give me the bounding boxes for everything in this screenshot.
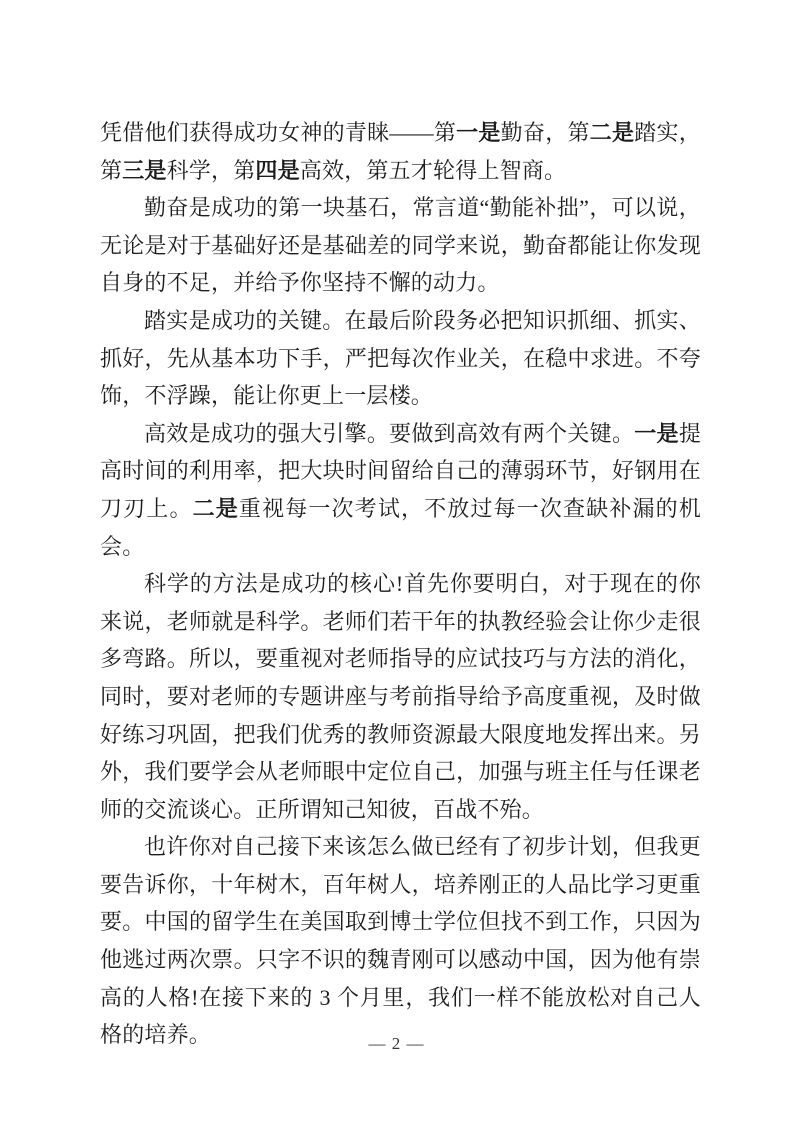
text-run-bold: 二是 bbox=[193, 496, 239, 521]
text-run: 科学，第 bbox=[167, 158, 256, 183]
text-run: 高效，第五才轮得上智商。 bbox=[300, 158, 566, 183]
text-run: 也许你对自己接下来该怎么做已经有了初步计划，但我更要告诉你，十年树木，百年树人，… bbox=[100, 834, 701, 1047]
text-run-bold: 二是 bbox=[590, 120, 635, 145]
text-run: 高效是成功的强大引擎。要做到高效有两个关键。 bbox=[144, 421, 634, 446]
text-run-bold: 四是 bbox=[255, 158, 299, 183]
paragraph: 高效是成功的强大引擎。要做到高效有两个关键。一是提高时间的利用率，把大块时间留给… bbox=[100, 415, 701, 565]
text-run: 踏实是成功的关键。在最后阶段务必把知识抓细、抓实、抓好，先从基本功下手，严把每次… bbox=[100, 308, 701, 408]
text-run: 勤奋是成功的第一块基石，常言道“勤能补拙”，可以说，无论是对于基础好还是基础差的… bbox=[100, 195, 701, 295]
paragraph: 科学的方法是成功的核心!首先你要明白，对于现在的你来说，老师就是科学。老师们若干… bbox=[100, 565, 701, 828]
paragraph: 踏实是成功的关键。在最后阶段务必把知识抓细、抓实、抓好，先从基本功下手，严把每次… bbox=[100, 302, 701, 415]
paragraph: 也许你对自己接下来该怎么做已经有了初步计划，但我更要告诉你，十年树木，百年树人，… bbox=[100, 828, 701, 1054]
text-run: 科学的方法是成功的核心!首先你要明白，对于现在的你来说，老师就是科学。老师们若干… bbox=[100, 571, 701, 822]
paragraph: 凭借他们获得成功女神的青睐——第一是勤奋，第二是踏实，第三是科学，第四是高效，第… bbox=[100, 114, 701, 189]
text-run-bold: 三是 bbox=[122, 158, 166, 183]
paragraph: 勤奋是成功的第一块基石，常言道“勤能补拙”，可以说，无论是对于基础好还是基础差的… bbox=[100, 189, 701, 302]
text-run-bold: 一是 bbox=[456, 120, 501, 145]
text-run: 凭借他们获得成功女神的青睐——第 bbox=[100, 120, 456, 145]
text-run: 勤奋，第 bbox=[501, 120, 590, 145]
document-page: 凭借他们获得成功女神的青睐——第一是勤奋，第二是踏实，第三是科学，第四是高效，第… bbox=[0, 0, 793, 1122]
document-body: 凭借他们获得成功女神的青睐——第一是勤奋，第二是踏实，第三是科学，第四是高效，第… bbox=[100, 114, 701, 1054]
page-number: — 2 — bbox=[0, 1033, 793, 1055]
text-run-bold: 一是 bbox=[634, 421, 679, 446]
